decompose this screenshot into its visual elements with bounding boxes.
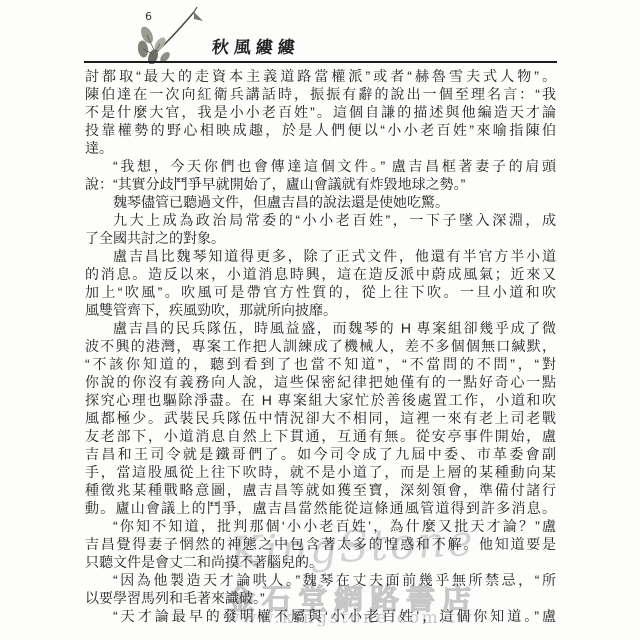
text-line: “我想，今天你們也會傳達這個文件。” 盧吉昌框著妻子的肩頭: [85, 157, 556, 175]
book-title: 秋風縷縷: [211, 33, 301, 58]
text-line: “不該你知道的，聽到看到了也當不知道”，“不當問的不問”，“對: [85, 355, 556, 373]
body-text: 討都取“最大的走資本主義道路當權派”或者“赫魯雪夫式人物”。陳伯達在一次向紅衛兵…: [85, 67, 556, 625]
text-line: 陳伯達在一次向紅衛兵講話時，振振有辭的說出一個至理名言：“我: [85, 85, 556, 103]
text-line: 吉昌和王司令就是鐵哥們了。如今司令成了九屆中委、市革委會副: [85, 445, 556, 463]
text-line: 了全國共討之的對象。: [85, 229, 556, 247]
text-line: 盧吉昌的民兵隊伍，時風益盛，而魏琴的 H 專案組卻幾乎成了微: [85, 319, 556, 337]
text-line: “你知不知道，批判那個‘小小老百姓’，為什麼又批天才論？”盧: [85, 517, 556, 535]
header-rule: [84, 61, 557, 63]
text-line: 種徵兆某種戰略意圖，盧吉昌等就如獲至寶，深刻領會，準備付諸行: [85, 481, 556, 499]
text-line: “因為他製造天才論哄人。”魏琴在丈夫面前幾乎無所禁忌，“所: [85, 571, 556, 589]
text-line: 達。: [85, 139, 556, 157]
text-line: 魏琴儘管已聽過文件，但盧吉昌的說法還是使她吃驚。: [85, 193, 556, 211]
text-line: “天才論最早的發明權不屬與‘小小老百姓’，這個你知道。”盧: [85, 607, 556, 625]
text-line: 波不興的港灣，專案工作把人訓練成了機械人，差不多個個無口緘默，: [85, 337, 556, 355]
book-page: 6 秋風縷縷 KingStone 金石堂網路書店 www.kingstone.c…: [0, 0, 640, 640]
text-line: 吉昌覺得妻子惘然的神態之中包含著太多的惶惑和不解。他知道要是: [85, 535, 556, 553]
text-line: 只聽文件是會丈二和尚摸不著腦兒的。: [85, 553, 556, 571]
text-line: 九大上成為政治局常委的“小小老百姓”，一下子墜入深淵，成: [85, 211, 556, 229]
text-line: 探究心理也驅除淨盡。在 H 專案組大家忙於善後處置工作，小道和吹: [85, 391, 556, 409]
text-line: 風都極少。武裝民兵隊伍中情況卻大不相同，這裡一來有老上司老戰: [85, 409, 556, 427]
text-line: 你說的你沒有義務向人說，這些保密紀律把她僅有的一點好奇心一點: [85, 373, 556, 391]
text-line: 加上“吹風”。吹風可是帶官方性質的，從上往下吹。一旦小道和吹: [85, 283, 556, 301]
text-line: 以要學習馬列和毛著來識破。”: [85, 589, 556, 607]
text-line: 的消息。造反以來，小道消息時興，這在造反派中蔚成風氣；近來又: [85, 265, 556, 283]
page-number: 6: [145, 10, 152, 23]
text-line: 手，當這股風從上往下吹時，就不是小道了，而是上層的某種動向某: [85, 463, 556, 481]
text-line: 風雙管齊下，疾風勁吹，那就所向披靡。: [85, 301, 556, 319]
text-line: 不是什麼大官，我是小小老百姓”。這個自謙的描述與他編造天才論: [85, 103, 556, 121]
text-line: 友老部下，小道消息自然上下貫通，互通有無。從安亭事件開始，盧: [85, 427, 556, 445]
text-line: 投靠權勢的野心相映成趣，於是人們便以“小小老百姓”來喻指陳伯: [85, 121, 556, 139]
text-line: 動。廬山會議上的鬥爭，盧吉昌當然能從這條通風管道得到許多消息。: [85, 499, 556, 517]
text-line: 盧吉昌比魏琴知道得更多，除了正式文件，他還有半官方半小道: [85, 247, 556, 265]
text-line: 說：“其實分歧鬥爭早就開始了，廬山會議就有炸毀地球之勢。”: [85, 175, 556, 193]
text-line: 討都取“最大的走資本主義道路當權派”或者“赫魯雪夫式人物”。: [85, 67, 556, 85]
